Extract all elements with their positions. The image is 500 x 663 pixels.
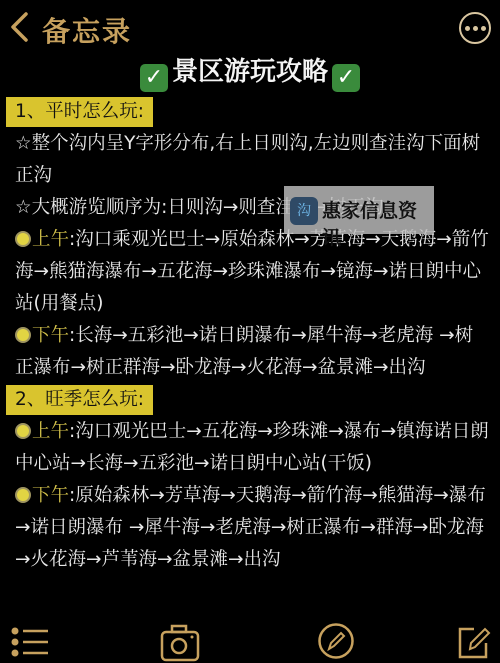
watermark-text: 惠家信息资讯 bbox=[322, 196, 434, 250]
compose-icon[interactable] bbox=[456, 623, 494, 661]
section-heading: 2、旺季怎么玩: bbox=[6, 385, 153, 415]
time-label: 上午 bbox=[32, 421, 69, 442]
check-mark-icon: ✓ bbox=[140, 64, 168, 92]
camera-icon[interactable] bbox=[160, 622, 200, 662]
bottom-toolbar bbox=[0, 622, 500, 663]
paragraph-text: :沟口观光巴士→五花海→珍珠滩→瀑布→镇海诺日朗中心站→长海→五彩池→诺日朗中心… bbox=[15, 421, 489, 474]
star-icon: ☆ bbox=[15, 197, 32, 218]
dot-icon bbox=[473, 26, 478, 31]
sun-icon bbox=[15, 231, 31, 247]
back-to-notes-label[interactable]: 备忘录 bbox=[42, 10, 132, 50]
time-label: 下午 bbox=[32, 485, 69, 506]
section-heading: 1、平时怎么玩: bbox=[6, 97, 153, 127]
paragraph: ☆整个沟内呈Y字形分布,右上日则沟,左边则查洼沟下面树正沟 bbox=[15, 128, 490, 192]
list-icon[interactable] bbox=[10, 624, 50, 660]
paragraph: 上午:沟口观光巴士→五花海→珍珠滩→瀑布→镇海诺日朗中心站→长海→五彩池→诺日朗… bbox=[15, 416, 490, 480]
paragraph-text: :长海→五彩池→诺日朗瀑布→犀牛海→老虎海 →树正瀑布→树正群海→卧龙海→火花海… bbox=[15, 325, 473, 378]
section-2: 2、旺季怎么玩: 上午:沟口观光巴士→五花海→珍珠滩→瀑布→镇海诺日朗中心站→长… bbox=[15, 384, 490, 576]
time-label: 上午 bbox=[32, 229, 69, 250]
note-title: ✓景区游玩攻略✓ bbox=[0, 54, 500, 92]
watermark: 沟 惠家信息资讯 bbox=[284, 186, 434, 234]
sun-icon bbox=[15, 487, 31, 503]
sun-icon bbox=[15, 423, 31, 439]
more-options-button[interactable] bbox=[459, 12, 491, 44]
time-label: 下午 bbox=[32, 325, 69, 346]
paragraph-text: :原始森林→芳草海→天鹅海→箭竹海→熊猫海→瀑布 →诺日朗瀑布 →犀牛海→老虎海… bbox=[15, 485, 486, 570]
dot-icon bbox=[465, 26, 470, 31]
check-mark-icon: ✓ bbox=[332, 64, 360, 92]
top-bar: 备忘录 bbox=[0, 0, 500, 55]
dot-icon bbox=[481, 26, 486, 31]
note-body[interactable]: 1、平时怎么玩: ☆整个沟内呈Y字形分布,右上日则沟,左边则查洼沟下面树正沟 ☆… bbox=[15, 96, 490, 576]
note-title-text: 景区游玩攻略 bbox=[172, 57, 328, 87]
pencil-circle-icon[interactable] bbox=[317, 622, 355, 660]
paragraph-text: 整个沟内呈Y字形分布,右上日则沟,左边则查洼沟下面树正沟 bbox=[15, 133, 480, 186]
star-icon: ☆ bbox=[15, 133, 32, 154]
watermark-logo-icon: 沟 bbox=[290, 197, 318, 225]
paragraph: 下午:原始森林→芳草海→天鹅海→箭竹海→熊猫海→瀑布 →诺日朗瀑布 →犀牛海→老… bbox=[15, 480, 490, 576]
chevron-left-icon[interactable] bbox=[8, 10, 32, 44]
paragraph: 下午:长海→五彩池→诺日朗瀑布→犀牛海→老虎海 →树正瀑布→树正群海→卧龙海→火… bbox=[15, 320, 490, 384]
sun-icon bbox=[15, 327, 31, 343]
